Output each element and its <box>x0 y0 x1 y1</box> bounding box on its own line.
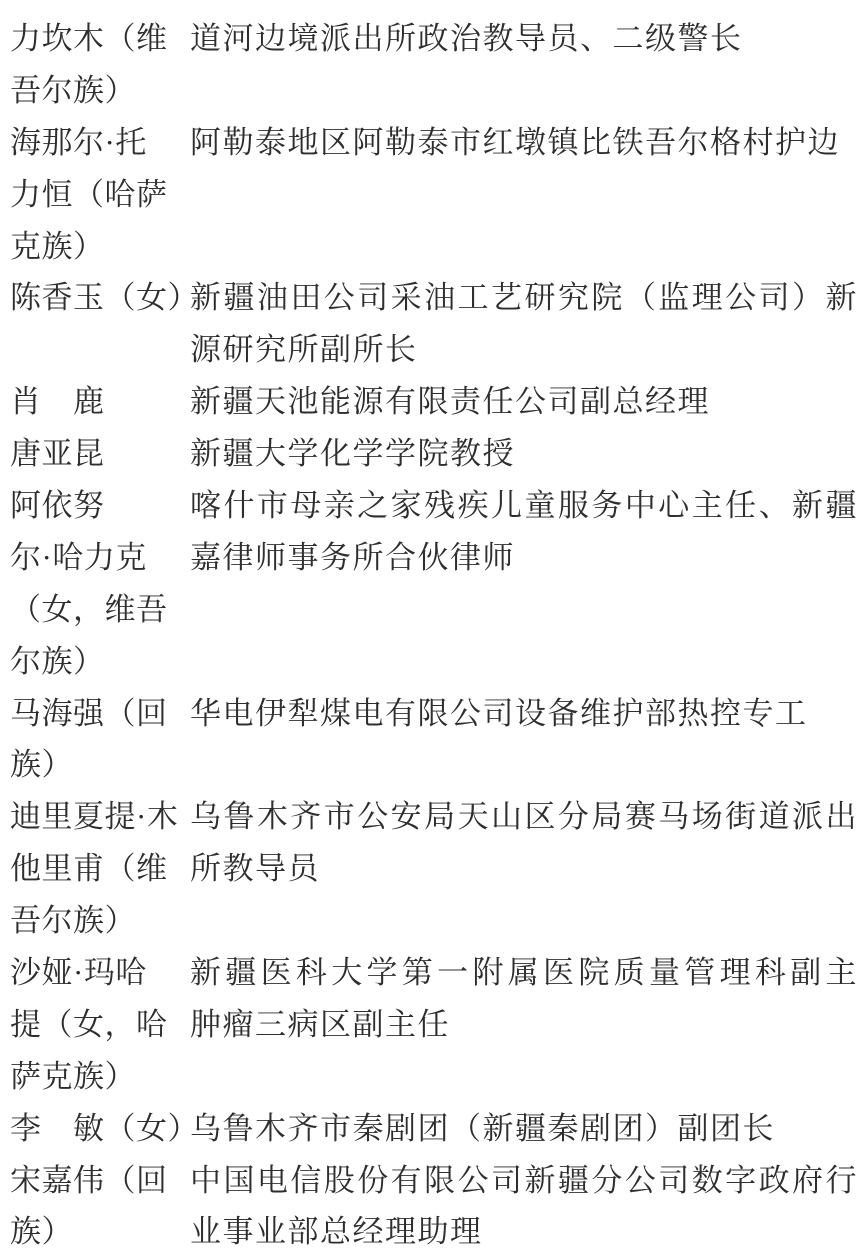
honoree-name: 唐亚昆 <box>10 428 190 480</box>
honoree-position: 新疆油田公司采油工艺研究院（监理公司）新能源研究所副所长 <box>190 272 858 376</box>
honoree-name-line: 肖 鹿 <box>10 376 190 428</box>
honoree-row: 肖 鹿新疆天池能源有限责任公司副总经理 <box>10 376 858 428</box>
honoree-name: 沙娅·玛哈提（女，哈萨克族） <box>10 947 190 1103</box>
honoree-name-line: 尔·哈力克 <box>10 532 190 584</box>
honoree-name: 力坎木（维吾尔族） <box>10 13 190 117</box>
honoree-row: 沙娅·玛哈提（女，哈萨克族）新疆医科大学第一附属医院质量管理科副主任、肿瘤三病区… <box>10 947 858 1103</box>
honoree-position-line: 喀什市母亲之家残疾儿童服务中心主任、新疆正 <box>190 480 858 532</box>
honoree-name-line: 阿依努 <box>10 480 190 532</box>
honoree-name: 肖 鹿 <box>10 376 190 428</box>
honoree-name-line: 克族） <box>10 221 190 273</box>
honoree-position: 乌鲁木齐市公安局天山区分局赛马场街道派出所教导员 <box>190 791 858 895</box>
honoree-position-line: 业事业部总经理助理 <box>190 1206 858 1256</box>
honoree-row: 马海强（回族）华电伊犁煤电有限公司设备维护部热控专工 <box>10 688 858 792</box>
honoree-position-line: 新疆油田公司采油工艺研究院（监理公司）新能 <box>190 272 858 324</box>
honoree-name: 迪里夏提·木他里甫（维吾尔族） <box>10 791 190 947</box>
honoree-position: 华电伊犁煤电有限公司设备维护部热控专工 <box>190 688 858 740</box>
honoree-position: 新疆天池能源有限责任公司副总经理 <box>190 376 858 428</box>
honoree-position-line: 道河边境派出所政治教导员、二级警长 <box>190 13 858 65</box>
honoree-name-line: 吾尔族） <box>10 65 190 117</box>
honoree-row: 李 敏（女）乌鲁木齐市秦剧团（新疆秦剧团）副团长 <box>10 1103 858 1155</box>
honoree-position: 新疆医科大学第一附属医院质量管理科副主任、肿瘤三病区副主任 <box>190 947 858 1051</box>
honoree-position-line: 华电伊犁煤电有限公司设备维护部热控专工 <box>190 688 858 740</box>
honoree-name-line: 陈香玉（女） <box>10 272 190 324</box>
honoree-name-line: 族） <box>10 739 190 791</box>
honoree-name: 陈香玉（女） <box>10 272 190 324</box>
honoree-position-line: 中国电信股份有限公司新疆分公司数字政府行 <box>190 1155 858 1207</box>
honoree-row: 唐亚昆新疆大学化学学院教授 <box>10 428 858 480</box>
honoree-row: 宋嘉伟（回族）中国电信股份有限公司新疆分公司数字政府行业事业部总经理助理 <box>10 1155 858 1256</box>
honoree-position: 乌鲁木齐市秦剧团（新疆秦剧团）副团长 <box>190 1103 858 1155</box>
honoree-name: 李 敏（女） <box>10 1103 190 1155</box>
honoree-name-line: 吾尔族） <box>10 895 190 947</box>
document-body: { "page": { "background": "#ffffff", "te… <box>0 0 862 1256</box>
honoree-position: 新疆大学化学学院教授 <box>190 428 858 480</box>
honoree-row: 阿依努尔·哈力克（女，维吾尔族）喀什市母亲之家残疾儿童服务中心主任、新疆正嘉律师… <box>10 480 858 688</box>
honoree-name: 马海强（回族） <box>10 688 190 792</box>
honoree-position-line: 乌鲁木齐市公安局天山区分局赛马场街道派出 <box>190 791 858 843</box>
honoree-row: 海那尔·托力恒（哈萨克族）阿勒泰地区阿勒泰市红墩镇比铁吾尔格村护边员 <box>10 117 858 273</box>
honoree-position-line: 肿瘤三病区副主任 <box>190 999 858 1051</box>
honoree-position-line: 嘉律师事务所合伙律师 <box>190 532 858 584</box>
honoree-name: 宋嘉伟（回族） <box>10 1155 190 1256</box>
honoree-position-line: 源研究所副所长 <box>190 324 858 376</box>
honoree-position-line: 新疆医科大学第一附属医院质量管理科副主任、 <box>190 947 858 999</box>
honoree-name-line: 宋嘉伟（回 <box>10 1155 190 1207</box>
honoree-row: 迪里夏提·木他里甫（维吾尔族）乌鲁木齐市公安局天山区分局赛马场街道派出所教导员 <box>10 791 858 947</box>
honoree-position-line: 阿勒泰地区阿勒泰市红墩镇比铁吾尔格村护边员 <box>190 117 858 169</box>
honoree-name-line: 提（女，哈 <box>10 999 190 1051</box>
honoree-name: 阿依努尔·哈力克（女，维吾尔族） <box>10 480 190 688</box>
document-page: 力坎木（维吾尔族）道河边境派出所政治教导员、二级警长海那尔·托力恒（哈萨克族）阿… <box>0 0 862 1256</box>
honoree-row: 力坎木（维吾尔族）道河边境派出所政治教导员、二级警长 <box>10 13 858 117</box>
honoree-name-line: 力坎木（维 <box>10 13 190 65</box>
honoree-name-line: 唐亚昆 <box>10 428 190 480</box>
honoree-name-line: 他里甫（维 <box>10 843 190 895</box>
honoree-name-line: （女，维吾 <box>10 584 190 636</box>
honoree-position-line: 新疆天池能源有限责任公司副总经理 <box>190 376 858 428</box>
honoree-name-line: 马海强（回 <box>10 688 190 740</box>
honoree-name-line: 沙娅·玛哈 <box>10 947 190 999</box>
honoree-name-line: 力恒（哈萨 <box>10 169 190 221</box>
honoree-position: 喀什市母亲之家残疾儿童服务中心主任、新疆正嘉律师事务所合伙律师 <box>190 480 858 584</box>
honoree-name: 海那尔·托力恒（哈萨克族） <box>10 117 190 273</box>
honoree-list: 力坎木（维吾尔族）道河边境派出所政治教导员、二级警长海那尔·托力恒（哈萨克族）阿… <box>10 13 858 1256</box>
honoree-position: 道河边境派出所政治教导员、二级警长 <box>190 13 858 65</box>
honoree-name-line: 李 敏（女） <box>10 1103 190 1155</box>
honoree-position-line: 所教导员 <box>190 843 858 895</box>
honoree-name-line: 海那尔·托 <box>10 117 190 169</box>
honoree-row: 陈香玉（女）新疆油田公司采油工艺研究院（监理公司）新能源研究所副所长 <box>10 272 858 376</box>
honoree-name-line: 尔族） <box>10 636 190 688</box>
honoree-name-line: 萨克族） <box>10 1051 190 1103</box>
honoree-name-line: 迪里夏提·木 <box>10 791 190 843</box>
honoree-position: 阿勒泰地区阿勒泰市红墩镇比铁吾尔格村护边员 <box>190 117 858 169</box>
honoree-name-line: 族） <box>10 1206 190 1256</box>
honoree-position: 中国电信股份有限公司新疆分公司数字政府行业事业部总经理助理 <box>190 1155 858 1256</box>
honoree-position-line: 乌鲁木齐市秦剧团（新疆秦剧团）副团长 <box>190 1103 858 1155</box>
honoree-position-line: 新疆大学化学学院教授 <box>190 428 858 480</box>
